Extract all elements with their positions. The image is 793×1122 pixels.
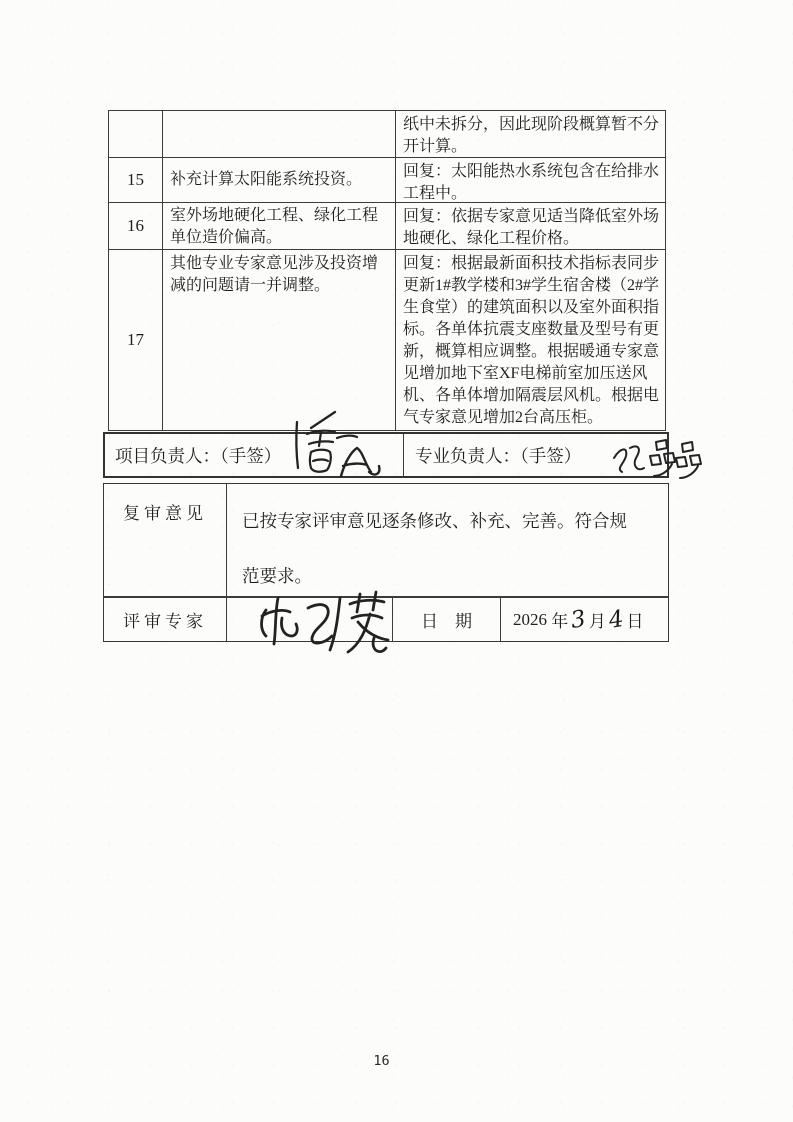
row-number-cell: 17 [109, 250, 163, 430]
review-table: 纸中未拆分，因此现阶段概算暂不分开计算。 15 补充计算太阳能系统投资。 回复：… [108, 110, 666, 431]
opinion-cell: 补充计算太阳能系统投资。 [163, 158, 396, 203]
handwritten-day-number: 4 [607, 608, 625, 630]
row-number-cell [109, 111, 163, 158]
row-number-cell: 16 [109, 203, 163, 250]
date-month-unit: 月 [589, 607, 606, 632]
expert-signature [248, 586, 398, 660]
reply-cell: 回复：依据专家意见适当降低室外场地硬化、绿化工程价格。 [396, 203, 665, 250]
recheck-opinion-label: 复审意见 [123, 499, 207, 596]
discipline-lead-signature [608, 434, 703, 486]
opinion-cell: 室外场地硬化工程、绿化工程单位造价偏高。 [163, 203, 396, 250]
discipline-lead-label: 专业负责人：（手签） [415, 443, 581, 468]
date-year-unit: 年 [551, 607, 568, 632]
date-label-cell: 日 期 [393, 598, 501, 641]
reply-cell: 回复：太阳能热水系统包含在给排水工程中。 [396, 158, 665, 203]
expert-label: 评审专家 [123, 607, 207, 632]
recheck-opinion-row: 复审意见 已按专家评审意见逐条修改、补充、完善。符合规范要求。 [104, 484, 668, 598]
date-year: 2026 [513, 610, 547, 630]
handwritten-month-number: 3 [570, 608, 588, 630]
date-day-unit: 日 [627, 607, 644, 632]
row-number-cell: 15 [109, 158, 163, 203]
scanned-review-sheet: 纸中未拆分，因此现阶段概算暂不分开计算。 15 补充计算太阳能系统投资。 回复：… [0, 0, 793, 1122]
opinion-cell [163, 111, 396, 158]
page-number: 16 [0, 1053, 763, 1069]
expert-label-cell: 评审专家 [104, 598, 227, 641]
project-lead-label: 项目负责人：（手签） [115, 443, 281, 468]
project-lead-signature [283, 406, 393, 484]
recheck-opinion-label-cell: 复审意见 [104, 484, 227, 596]
recheck-opinion-content-cell: 已按专家评审意见逐条修改、补充、完善。符合规范要求。 [227, 484, 668, 596]
date-label: 日 期 [421, 607, 472, 632]
opinion-cell: 其他专业专家意见涉及投资增减的问题请一并调整。 [163, 250, 396, 430]
reply-cell: 纸中未拆分，因此现阶段概算暂不分开计算。 [396, 111, 665, 158]
reply-cell: 回复：根据最新面积技术指标表同步更新1#教学楼和3#学生宿舍楼（2#学生食堂）的… [396, 250, 665, 430]
date-value: 2026 年 3 月 4 日 [501, 598, 668, 641]
